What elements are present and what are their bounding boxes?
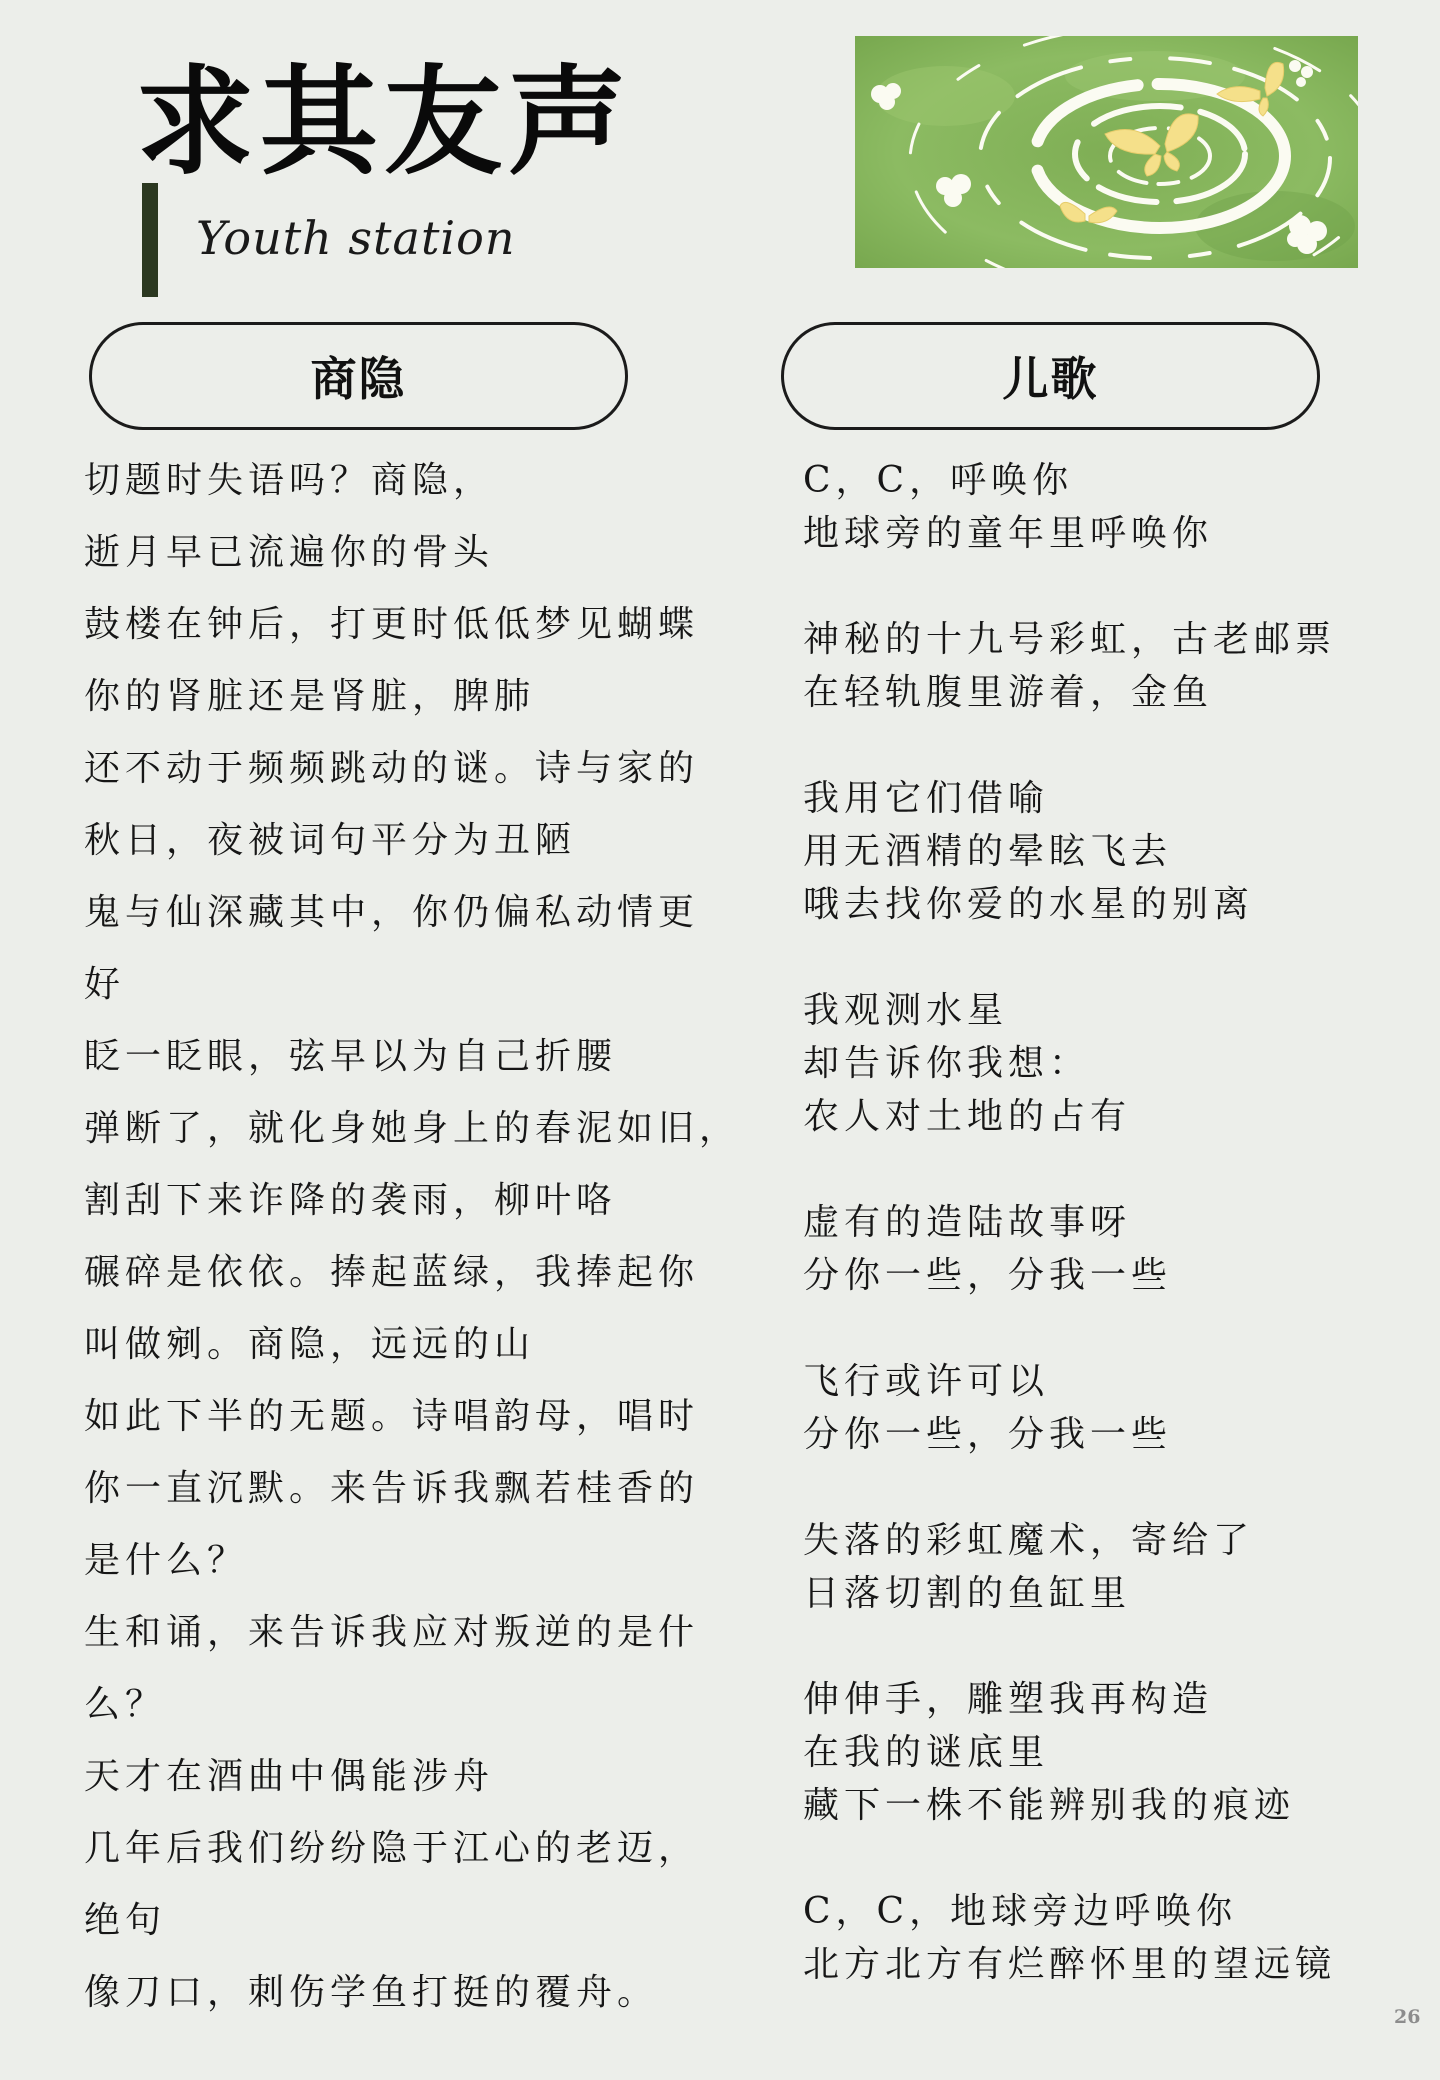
stanza: C，C，地球旁边呼唤你 北方北方有烂醉怀里的望远镜 xyxy=(803,1885,1336,1991)
poem-line: 哦去找你爱的水星的别离 xyxy=(803,878,1336,931)
stanza: 虚有的造陆故事呀 分你一些，分我一些 xyxy=(803,1196,1336,1302)
poem-line: 虚有的造陆故事呀 xyxy=(803,1196,1336,1249)
stanza: 失落的彩虹魔术，寄给了 日落切割的鱼缸里 xyxy=(803,1514,1336,1620)
accent-bar xyxy=(142,183,158,297)
poem-line: 鬼与仙深藏其中，你仍偏私动情更 xyxy=(84,877,740,949)
section-heading-label: 儿歌 xyxy=(1003,343,1099,409)
poem-line: 却告诉你我想： xyxy=(803,1037,1336,1090)
poem-line: 是什么？ xyxy=(84,1525,740,1597)
poem-line: 几年后我们纷纷隐于江心的老迈， xyxy=(84,1813,740,1885)
poem-line: 你的肾脏还是肾脏，脾肺 xyxy=(84,661,740,733)
banner-image xyxy=(855,36,1358,268)
poem-line: 我用它们借喻 xyxy=(803,772,1336,825)
poem-line: 神秘的十九号彩虹，古老邮票 xyxy=(803,613,1336,666)
poem-line: 如此下半的无题。诗唱韵母，唱时 xyxy=(84,1381,740,1453)
poem-line: C，C，呼唤你 xyxy=(803,454,1336,507)
poem-line: 分你一些，分我一些 xyxy=(803,1408,1336,1461)
page-number: 26 xyxy=(1394,2006,1420,2028)
page-subtitle: Youth station xyxy=(196,208,515,268)
poem-line: 弹断了，就化身她身上的春泥如旧， xyxy=(84,1093,740,1165)
stanza: C，C，呼唤你 地球旁的童年里呼唤你 xyxy=(803,454,1336,560)
poem-line: 农人对土地的占有 xyxy=(803,1090,1336,1143)
poem-line: 还不动于频频跳动的谜。诗与家的 xyxy=(84,733,740,805)
section-heading-shangyin: 商隐 xyxy=(89,322,628,430)
stanza: 伸伸手，雕塑我再构造 在我的谜底里 藏下一株不能辨别我的痕迹 xyxy=(803,1673,1336,1832)
poem-line: 北方北方有烂醉怀里的望远镜 xyxy=(803,1938,1336,1991)
poem-line: 用无酒精的晕眩飞去 xyxy=(803,825,1336,878)
poem-line: 碾碎是依依。捧起蓝绿，我捧起你 xyxy=(84,1237,740,1309)
stanza: 我用它们借喻 用无酒精的晕眩飞去 哦去找你爱的水星的别离 xyxy=(803,772,1336,931)
poem-line: 在我的谜底里 xyxy=(803,1726,1336,1779)
poem-line: 你一直沉默。来告诉我飘若桂香的 xyxy=(84,1453,740,1525)
poem-line: C，C，地球旁边呼唤你 xyxy=(803,1885,1336,1938)
poem-line: 日落切割的鱼缸里 xyxy=(803,1567,1336,1620)
poem-line: 分你一些，分我一些 xyxy=(803,1249,1336,1302)
section-heading-label: 商隐 xyxy=(311,343,407,409)
page-title: 求其友声 xyxy=(136,52,632,192)
poem-line: 天才在酒曲中偶能涉舟 xyxy=(84,1741,740,1813)
stanza: 我观测水星 却告诉你我想： 农人对土地的占有 xyxy=(803,984,1336,1143)
stanza: 飞行或许可以 分你一些，分我一些 xyxy=(803,1355,1336,1461)
poem-shangyin: 切题时失语吗？商隐， 逝月早已流遍你的骨头 鼓楼在钟后，打更时低低梦见蝴蝶 你的… xyxy=(84,445,740,2029)
poem-line: 我观测水星 xyxy=(803,984,1336,1037)
poem-line: 绝句 xyxy=(84,1885,740,1957)
poem-line: 割刮下来诈降的袭雨，柳叶咯 xyxy=(84,1165,740,1237)
poem-line: 么？ xyxy=(84,1669,740,1741)
poem-line: 逝月早已流遍你的骨头 xyxy=(84,517,740,589)
poem-line: 失落的彩虹魔术，寄给了 xyxy=(803,1514,1336,1567)
poem-line: 地球旁的童年里呼唤你 xyxy=(803,507,1336,560)
poem-line: 叫做剜。商隐，远远的山 xyxy=(84,1309,740,1381)
poem-erge: C，C，呼唤你 地球旁的童年里呼唤你 神秘的十九号彩虹，古老邮票 在轻轨腹里游着… xyxy=(803,454,1336,1991)
poem-line: 藏下一株不能辨别我的痕迹 xyxy=(803,1779,1336,1832)
poem-line: 鼓楼在钟后，打更时低低梦见蝴蝶 xyxy=(84,589,740,661)
poem-line: 飞行或许可以 xyxy=(803,1355,1336,1408)
poem-line: 好 xyxy=(84,949,740,1021)
poem-line: 像刀口，刺伤学鱼打挺的覆舟。 xyxy=(84,1957,740,2029)
poem-line: 切题时失语吗？商隐， xyxy=(84,445,740,517)
poem-line: 眨一眨眼，弦早以为自己折腰 xyxy=(84,1021,740,1093)
poem-line: 生和诵，来告诉我应对叛逆的是什 xyxy=(84,1597,740,1669)
poem-line: 在轻轨腹里游着，金鱼 xyxy=(803,666,1336,719)
poem-line: 秋日，夜被词句平分为丑陋 xyxy=(84,805,740,877)
section-heading-erge: 儿歌 xyxy=(781,322,1320,430)
poem-line: 伸伸手，雕塑我再构造 xyxy=(803,1673,1336,1726)
stanza: 神秘的十九号彩虹，古老邮票 在轻轨腹里游着，金鱼 xyxy=(803,613,1336,719)
